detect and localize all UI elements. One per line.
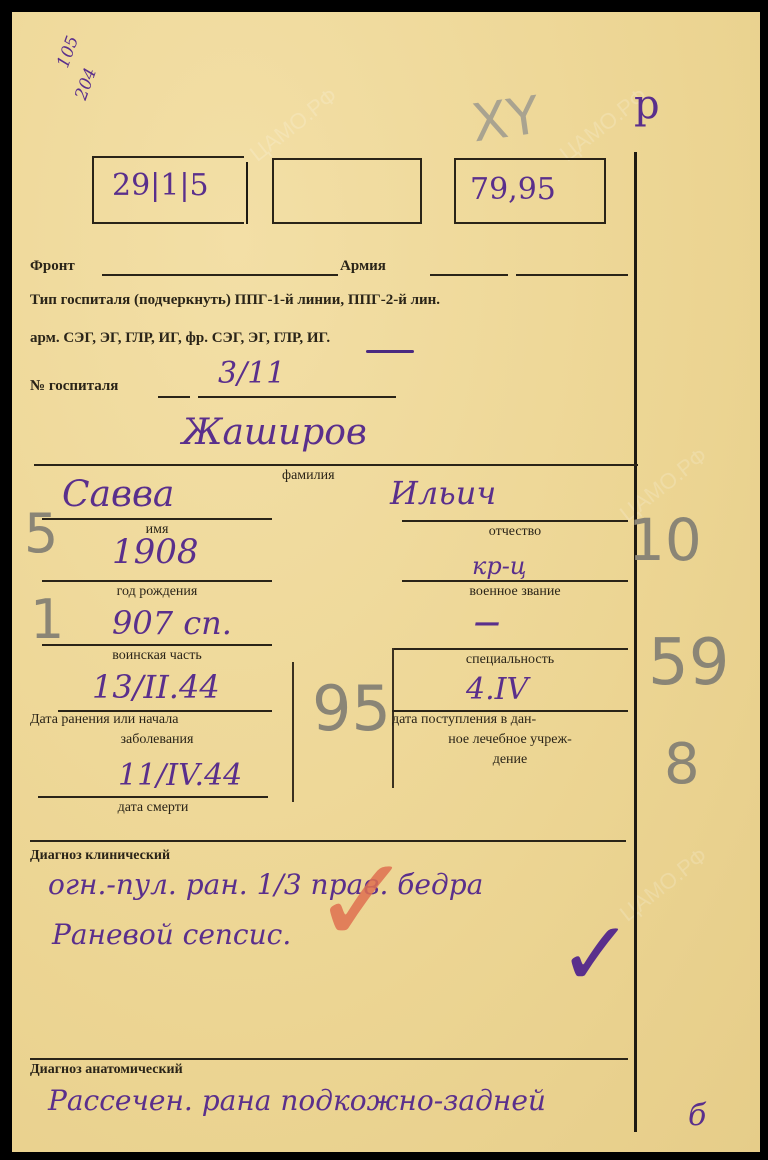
birth-year-label: год рождения [42, 584, 272, 600]
hospital-type-line-2: арм. СЭГ, ЭГ, ГЛР, ИГ, фр. СЭГ, ЭГ, ГЛР,… [30, 330, 330, 347]
box-3-value: 79,95 [470, 172, 556, 207]
anatomical-trailing-mark: б [688, 1098, 706, 1133]
purple-mark-top-right: р [634, 82, 660, 128]
pencil-right-top: 10 [628, 506, 702, 574]
birth-year-field [42, 580, 272, 582]
pencil-8: 8 [664, 732, 700, 797]
hospital-number-field-a [158, 396, 190, 398]
box-3: 79,95 [454, 158, 606, 224]
patronymic-label: отчество [402, 524, 628, 540]
specialty-label: специальность [392, 652, 628, 668]
corner-note-top: 105 [53, 33, 83, 70]
clinical-diagnosis-label: Диагноз клинический [30, 848, 170, 864]
death-date-field [38, 796, 268, 798]
pencil-59: 59 [648, 626, 729, 700]
admission-date-label-1: дата поступления в дан- [392, 712, 536, 728]
hospital-type-underline [366, 350, 414, 353]
purple-check-icon: ✓ [558, 902, 633, 1007]
pencil-1: 1 [30, 588, 64, 651]
clinical-diagnosis-line-2: Раневой сепсис. [52, 918, 291, 951]
hospital-number-field-b [198, 396, 396, 398]
box-1-right-edge [246, 162, 248, 224]
patronymic-value: Ильич [390, 474, 496, 512]
wound-date-label-1: Дата ранения или начала [30, 712, 178, 728]
wound-date-label-2: заболевания [42, 732, 272, 748]
pencil-95: 95 [312, 672, 391, 745]
front-label: Фронт [30, 258, 75, 275]
admission-date-label-3: дение [392, 752, 628, 768]
pencil-5: 5 [24, 502, 58, 565]
hospital-number-label: № госпиталя [30, 378, 118, 395]
rank-label: военное звание [402, 584, 628, 600]
birth-year-value: 1908 [112, 532, 199, 572]
rank-field [402, 580, 628, 582]
wound-date-value: 13/II.44 [92, 668, 220, 706]
bracket-left [292, 662, 294, 802]
army-field-2 [516, 274, 628, 276]
anatomical-diagnosis-value: Рассечен. рана подкожно-задней [48, 1084, 546, 1117]
surname-label: фамилия [282, 468, 335, 484]
admission-date-value: 4.IV [466, 672, 528, 707]
admission-date-label-2: ное лечебное учреж- [392, 732, 628, 748]
first-name-field [42, 518, 272, 520]
death-date-label: дата смерти [38, 800, 268, 816]
surname-field [34, 464, 638, 466]
anatomical-diagnosis-top-rule [30, 1058, 628, 1060]
box-1: 29|1|5 [92, 156, 244, 224]
clinical-diagnosis-line-1: огн.-пул. ран. 1/3 прав. бедра [48, 868, 483, 901]
corner-note-bottom: 204 [71, 65, 101, 102]
army-field-1 [430, 274, 508, 276]
right-border-line [634, 152, 637, 1132]
surname-value: Жаширов [182, 412, 367, 453]
watermark: ЦАМО.РФ [245, 83, 343, 167]
archive-record-card: ЦАМО.РФ ЦАМО.РФ ЦАМО.РФ ЦАМО.РФ 105 204 … [12, 12, 760, 1152]
specialty-field [392, 648, 628, 650]
hospital-number-value: 3/11 [218, 356, 285, 391]
specialty-value: — [474, 608, 500, 638]
box-1-value: 29|1|5 [112, 168, 209, 203]
hospital-type-line-1: Тип госпиталя (подчеркнуть) ППГ-1-й лини… [30, 292, 440, 309]
unit-value: 907 сп. [112, 604, 232, 642]
first-name-value: Савва [62, 474, 174, 515]
front-field [102, 274, 338, 276]
rank-value: кр-ц [472, 552, 527, 580]
death-date-value: 11/IV.44 [118, 758, 242, 793]
patronymic-field [402, 520, 628, 522]
red-check-icon: ✓ [312, 832, 413, 971]
army-label: Армия [340, 258, 386, 275]
unit-label: воинская часть [42, 648, 272, 664]
unit-field [42, 644, 272, 646]
anatomical-diagnosis-label: Диагноз анатомический [30, 1062, 183, 1078]
pencil-mark-top: XY [468, 86, 543, 155]
box-2 [272, 158, 422, 224]
